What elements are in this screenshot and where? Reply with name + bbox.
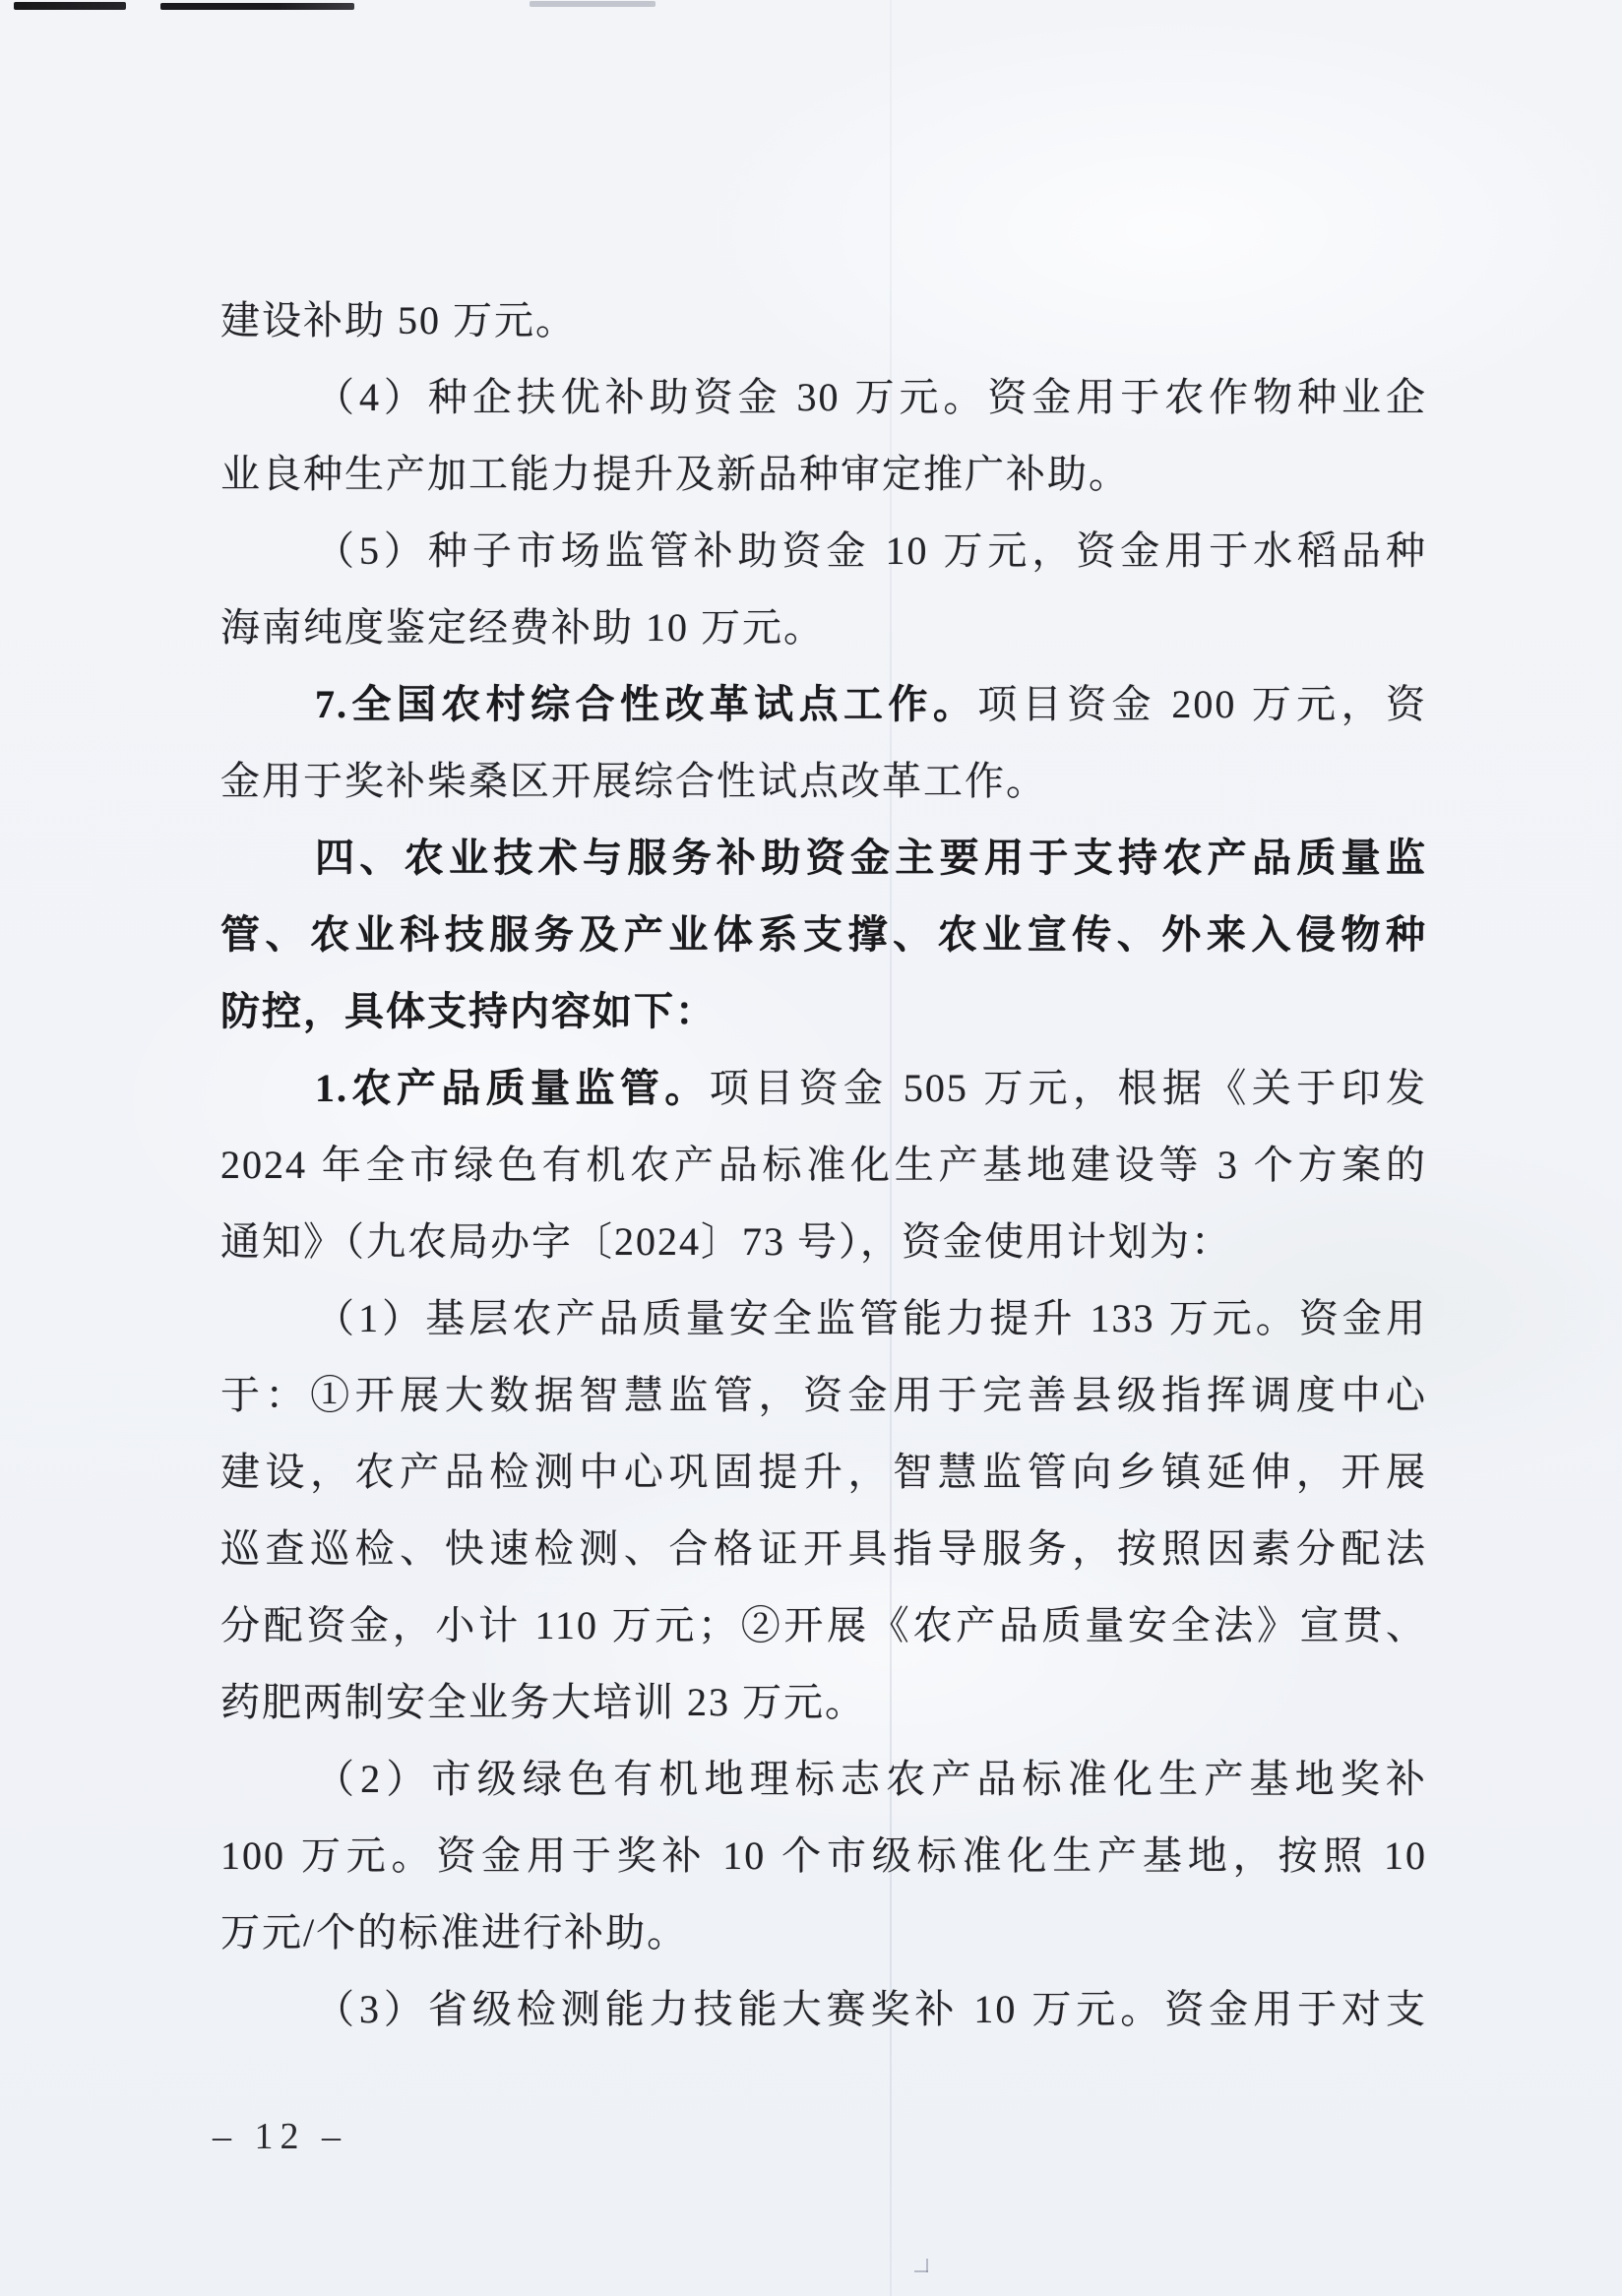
text-segment: 金用于奖补柴桑区开展综合性试点改革工作。 — [220, 759, 1047, 803]
text-line: 通知》（九农局办字〔2024〕73 号），资金使用计划为： — [220, 1204, 1427, 1280]
text-line: （1）基层农产品质量安全监管能力提升 133 万元。资金用 — [220, 1280, 1427, 1357]
text-line: 防控，具体支持内容如下： — [220, 973, 1427, 1050]
scan-speck — [914, 2270, 928, 2272]
text-segment: 建设，农产品检测中心巩固提升，智慧监管向乡镇延伸，开展 — [220, 1450, 1427, 1494]
text-line: 药肥两制安全业务大培训 23 万元。 — [220, 1664, 1427, 1741]
scan-artifact-bar — [160, 3, 354, 10]
text-line: 万元/个的标准进行补助。 — [220, 1894, 1427, 1971]
text-segment: （1）基层农产品质量安全监管能力提升 133 万元。资金用 — [315, 1296, 1427, 1340]
text-line: （2）市级绿色有机地理标志农产品标准化生产基地奖补 — [220, 1741, 1427, 1818]
text-segment: 分配资金，小计 110 万元；②开展《农产品质量安全法》宣贯、 — [220, 1603, 1427, 1647]
bold-text-segment: 四、农业技术与服务补助资金主要用于支持农产品质量监 — [315, 836, 1427, 880]
page-number: – 12 – — [213, 2112, 347, 2161]
text-line: 四、农业技术与服务补助资金主要用于支持农产品质量监 — [220, 820, 1427, 897]
text-segment: 项目资金 505 万元，根据《关于印发 — [710, 1066, 1427, 1110]
text-segment: （3）省级检测能力技能大赛奖补 10 万元。资金用于对支 — [315, 1987, 1427, 2031]
scan-artifact-bar — [14, 2, 126, 10]
scan-artifact-bar — [530, 1, 655, 7]
text-segment: 药肥两制安全业务大培训 23 万元。 — [220, 1680, 866, 1724]
text-segment: 万元/个的标准进行补助。 — [220, 1910, 688, 1955]
text-line: 2024 年全市绿色有机农产品标准化生产基地建设等 3 个方案的 — [220, 1127, 1427, 1204]
text-line: 业良种生产加工能力提升及新品种审定推广补助。 — [220, 436, 1427, 513]
text-line: 1.农产品质量监管。项目资金 505 万元，根据《关于印发 — [220, 1050, 1427, 1127]
text-segment: （2）市级绿色有机地理标志农产品标准化生产基地奖补 — [315, 1757, 1427, 1801]
text-line: 100 万元。资金用于奖补 10 个市级标准化生产基地，按照 10 — [220, 1818, 1427, 1894]
text-segment: 建设补助 50 万元。 — [220, 298, 577, 342]
text-segment: 项目资金 200 万元，资 — [977, 682, 1427, 726]
text-body: 建设补助 50 万元。（4）种企扶优补助资金 30 万元。资金用于农作物种业企业… — [220, 282, 1427, 2048]
bold-text-segment: 7.全国农村综合性改革试点工作。 — [315, 682, 977, 726]
text-line: （5）种子市场监管补助资金 10 万元，资金用于水稻品种 — [220, 513, 1427, 590]
text-segment: 于：①开展大数据智慧监管，资金用于完善县级指挥调度中心 — [220, 1373, 1427, 1417]
bold-text-segment: 防控，具体支持内容如下： — [220, 989, 717, 1033]
text-line: （3）省级检测能力技能大赛奖补 10 万元。资金用于对支 — [220, 1971, 1427, 2048]
text-line: 于：①开展大数据智慧监管，资金用于完善县级指挥调度中心 — [220, 1357, 1427, 1434]
text-segment: 巡查巡检、快速检测、合格证开具指导服务，按照因素分配法 — [220, 1526, 1427, 1571]
text-line: （4）种企扶优补助资金 30 万元。资金用于农作物种业企 — [220, 359, 1427, 436]
text-line: 分配资金，小计 110 万元；②开展《农产品质量安全法》宣贯、 — [220, 1587, 1427, 1664]
text-segment: 业良种生产加工能力提升及新品种审定推广补助。 — [220, 452, 1130, 496]
text-segment: （4）种企扶优补助资金 30 万元。资金用于农作物种业企 — [315, 375, 1427, 419]
text-line: 管、农业科技服务及产业体系支撑、农业宣传、外来入侵物种 — [220, 897, 1427, 973]
scanned-document-page: 建设补助 50 万元。（4）种企扶优补助资金 30 万元。资金用于农作物种业企业… — [0, 0, 1622, 2296]
bold-text-segment: 1.农产品质量监管。 — [315, 1066, 710, 1110]
text-line: 海南纯度鉴定经费补助 10 万元。 — [220, 590, 1427, 666]
text-segment: 100 万元。资金用于奖补 10 个市级标准化生产基地，按照 10 — [220, 1833, 1427, 1878]
text-line: 金用于奖补柴桑区开展综合性试点改革工作。 — [220, 743, 1427, 820]
text-segment: （5）种子市场监管补助资金 10 万元，资金用于水稻品种 — [315, 528, 1427, 573]
text-segment: 2024 年全市绿色有机农产品标准化生产基地建设等 3 个方案的 — [220, 1143, 1427, 1187]
bold-text-segment: 管、农业科技服务及产业体系支撑、农业宣传、外来入侵物种 — [220, 912, 1427, 957]
text-line: 建设补助 50 万元。 — [220, 282, 1427, 359]
text-segment: 海南纯度鉴定经费补助 10 万元。 — [220, 605, 825, 650]
text-line: 7.全国农村综合性改革试点工作。项目资金 200 万元，资 — [220, 666, 1427, 743]
text-line: 建设，农产品检测中心巩固提升，智慧监管向乡镇延伸，开展 — [220, 1434, 1427, 1511]
text-line: 巡查巡检、快速检测、合格证开具指导服务，按照因素分配法 — [220, 1511, 1427, 1587]
text-segment: 通知》（九农局办字〔2024〕73 号），资金使用计划为： — [220, 1219, 1232, 1264]
